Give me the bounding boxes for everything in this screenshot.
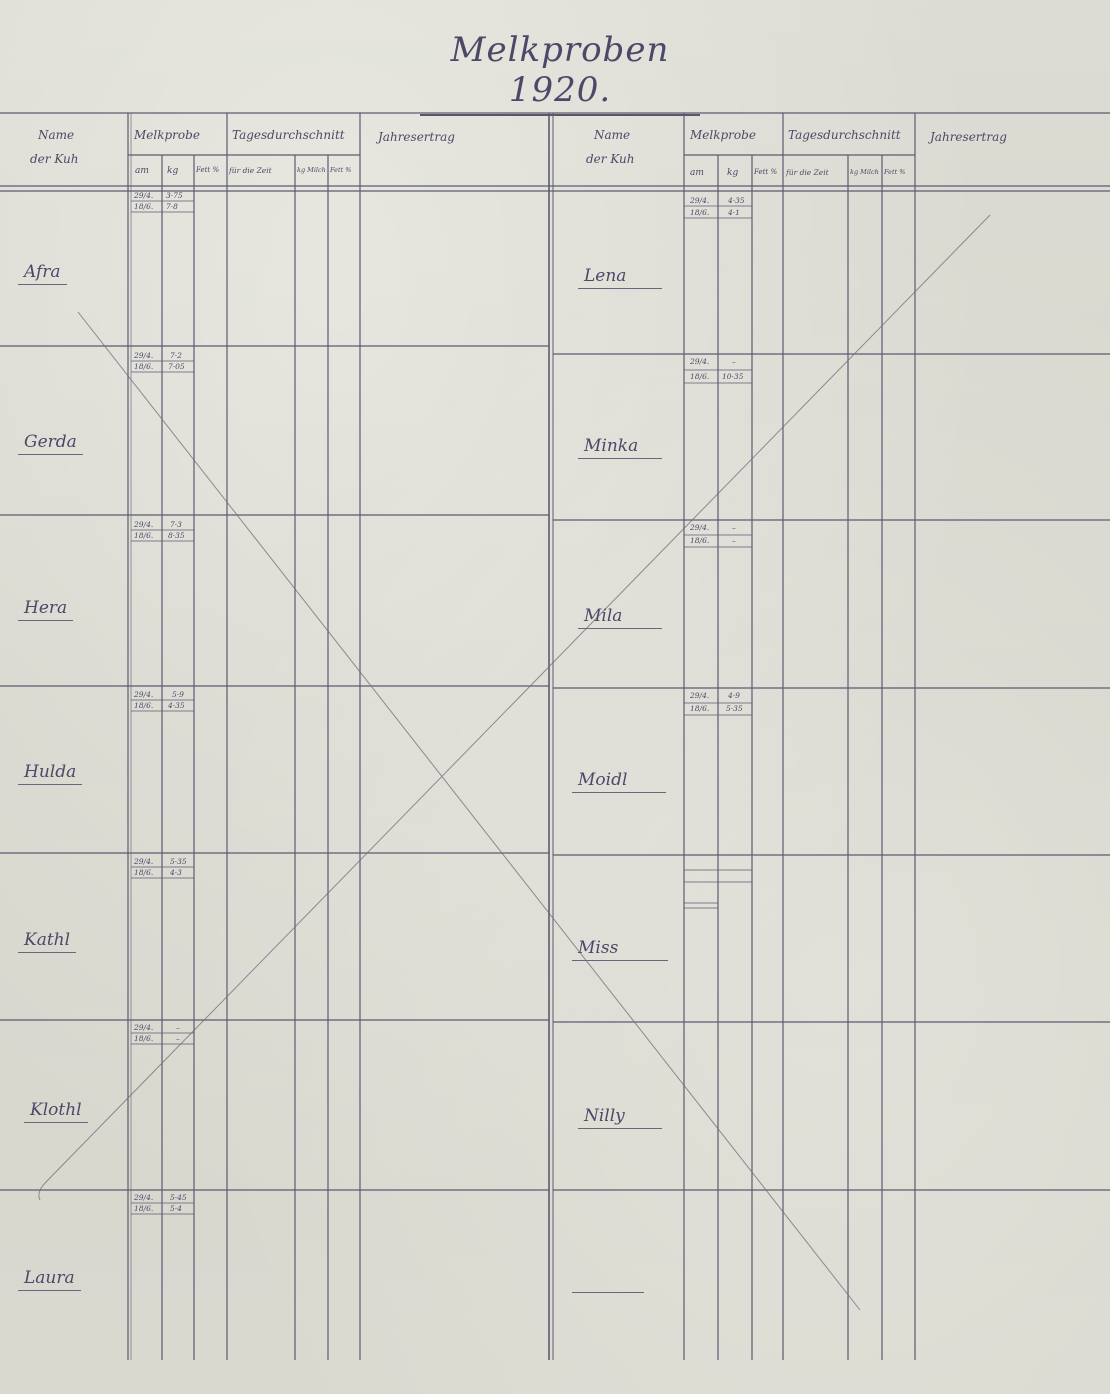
sample-date: 18/6. [134, 531, 153, 540]
sample-kg: 7·8 [166, 202, 178, 211]
sample-kg: 5·45 [170, 1193, 187, 1202]
header-milkprobe: Melkprobe [134, 128, 200, 142]
sample-kg: 4·3 [170, 868, 182, 877]
header-fett: Fett % [196, 166, 219, 174]
sample-date: 18/6. [690, 208, 709, 217]
sample-date: 29/4. [690, 691, 709, 700]
cow-name: Minka [578, 436, 662, 459]
sample-date: 29/4. [690, 523, 709, 532]
header-am: am [135, 166, 149, 176]
header-jahresertrag-right: Jahresertrag [930, 130, 1007, 144]
sample-kg: 7·2 [170, 351, 182, 360]
sample-date: 29/4. [690, 357, 709, 366]
sample-date: 18/6. [134, 1034, 153, 1043]
cow-name: Nilly [578, 1106, 662, 1129]
sample-kg: 4·9 [728, 691, 740, 700]
sample-kg: 4·35 [728, 196, 745, 205]
cow-name: Afra [18, 262, 67, 285]
sample-date: 29/4. [134, 857, 153, 866]
sample-date: 29/4. [134, 1193, 153, 1202]
sample-kg: – [732, 357, 736, 366]
cow-name: Moidl [572, 770, 666, 793]
sample-kg: – [732, 536, 736, 545]
header-name-right: Name [594, 128, 630, 142]
header-milkprobe-right: Melkprobe [690, 128, 756, 142]
cow-name: Miss [572, 938, 668, 961]
header-fett2-right: Fett % [884, 168, 905, 176]
sample-kg: – [176, 1034, 180, 1043]
cow-name: Lena [578, 266, 662, 289]
sample-kg: 7·3 [170, 520, 182, 529]
sample-kg: 5·35 [170, 857, 187, 866]
sample-date: 29/4. [134, 690, 153, 699]
sample-kg: 7·05 [168, 362, 185, 371]
header-zeit-right: für die Zeit [786, 168, 829, 177]
cow-name: Laura [18, 1268, 81, 1291]
sample-date: 18/6. [690, 704, 709, 713]
cow-name: Hulda [18, 762, 82, 785]
sample-kg: 5·35 [726, 704, 743, 713]
sample-date: 29/4. [134, 1023, 153, 1032]
cow-name: Klothl [24, 1100, 88, 1123]
sample-date: 18/6. [690, 536, 709, 545]
header-fett-right: Fett % [754, 168, 777, 176]
sample-date: 29/4. [690, 196, 709, 205]
sample-kg: 4·35 [168, 701, 185, 710]
sample-date: 18/6. [134, 701, 153, 710]
header-kgmilch: kg Milch [297, 166, 326, 174]
sample-kg: – [732, 523, 736, 532]
sample-date: 18/6. [134, 1204, 153, 1213]
header-name-line2: der Kuh [30, 152, 79, 166]
cow-name-blank [572, 1272, 644, 1293]
header-kgmilch-right: kg Milch [850, 168, 879, 176]
header-jahresertrag: Jahresertrag [378, 130, 455, 144]
header-kg: kg [167, 166, 178, 176]
cow-name: Hera [18, 598, 73, 621]
header-name-line2-right: der Kuh [586, 152, 635, 166]
header-zeit: für die Zeit [229, 166, 272, 175]
cow-name: Kathl [18, 930, 76, 953]
sample-date: 29/4. [134, 351, 153, 360]
sample-date: 18/6. [134, 868, 153, 877]
header-am-right: am [690, 168, 704, 178]
header-tagesdurchschnitt: Tagesdurchschnitt [232, 128, 345, 142]
cow-name: Gerda [18, 432, 83, 455]
sample-date: 18/6. [134, 362, 153, 371]
header-kg-right: kg [727, 168, 738, 178]
sample-date: 18/6. [690, 372, 709, 381]
cow-name: Mila [578, 606, 662, 629]
header-tagesdurchschnitt-right: Tagesdurchschnitt [788, 128, 901, 142]
sample-kg: 3·75 [166, 191, 183, 200]
sample-kg: 8·35 [168, 531, 185, 540]
sample-kg: 10·35 [722, 372, 743, 381]
sample-kg: 5·9 [172, 690, 184, 699]
sample-date: 29/4. [134, 520, 153, 529]
sample-date: 18/6. [134, 202, 153, 211]
sample-kg: – [176, 1023, 180, 1032]
header-fett2: Fett % [330, 166, 351, 174]
sample-kg: 5·4 [170, 1204, 182, 1213]
sample-kg: 4·1 [728, 208, 740, 217]
sample-date: 29/4. [134, 191, 153, 200]
header-name: Name [38, 128, 74, 142]
